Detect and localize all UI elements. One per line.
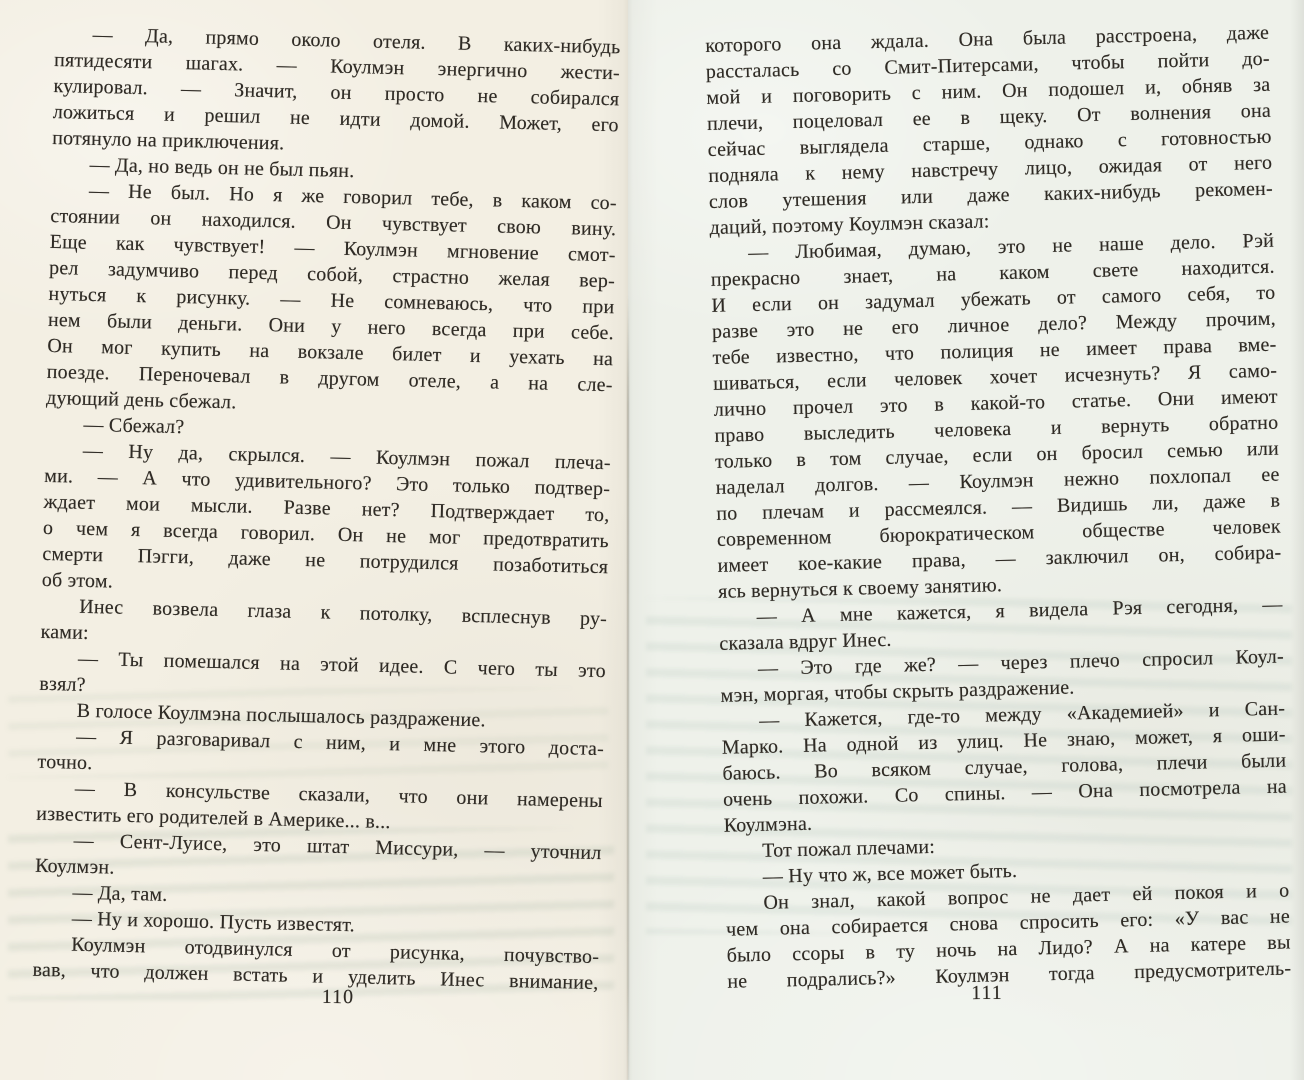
page-left: —Да,прямооколоотеля.Вкаких-нибудьпятидес…	[0, 0, 628, 1080]
page-number-left: 110	[55, 983, 621, 1012]
page-left-text: —Да,прямооколоотеля.Вкаких-нибудьпятидес…	[32, 21, 621, 996]
page-number-right: 111	[705, 980, 1269, 1008]
page-right: которогоонаждала.Онабыларасстроена,дажер…	[628, 0, 1304, 1080]
page-right-text: которогоонаждала.Онабыларасстроена,дажер…	[705, 20, 1292, 995]
